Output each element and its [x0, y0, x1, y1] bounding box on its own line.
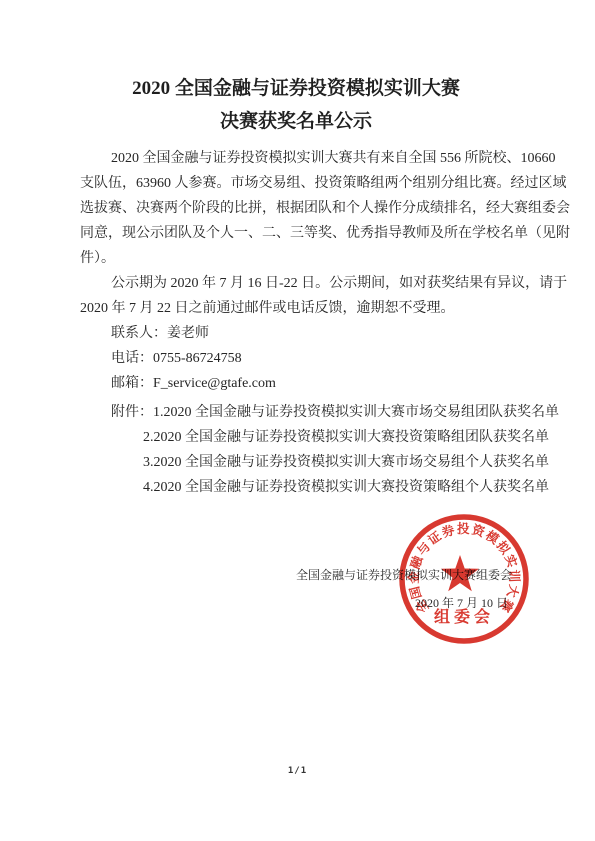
- official-seal: 全国金融与证券投资模拟实训大赛 组委会: [396, 512, 532, 648]
- paragraph-2-line: 2020 年 7 月 22 日之前通过邮件或电话反馈，逾期恕不受理。: [80, 296, 516, 321]
- title-line-2: 决赛获奖名单公示: [80, 105, 512, 138]
- attachments-label: 附件：: [111, 405, 153, 420]
- attachment-item-text: 1.2020 全国金融与证券投资模拟实训大赛市场交易组团队获奖名单: [153, 405, 559, 420]
- paragraph-2-line: 公示期为 2020 年 7 月 16 日-22 日。公示期间，如对获奖结果有异议…: [80, 271, 516, 296]
- seal-bottom-text: 组委会: [434, 607, 494, 626]
- attachment-item-1: 附件：1.2020 全国金融与证券投资模拟实训大赛市场交易组团队获奖名单: [80, 400, 516, 425]
- contact-phone-line: 电话：0755-86724758: [80, 346, 516, 371]
- paragraph-1-line: 2020 全国金融与证券投资模拟实训大赛共有来自全国 556 所院校、10660: [80, 146, 516, 171]
- attachment-item-2: 2.2020 全国金融与证券投资模拟实训大赛投资策略组团队获奖名单: [80, 425, 516, 450]
- contact-person-line: 联系人：姜老师: [80, 321, 516, 346]
- document-page: 2020 全国金融与证券投资模拟实训大赛 决赛获奖名单公示 2020 全国金融与…: [0, 0, 595, 841]
- paragraph-1-line: 选拔赛、决赛两个阶段的比拼，根据团队和个人操作分成绩排名，经大赛组委会: [80, 196, 516, 221]
- star-icon: [441, 555, 479, 591]
- document-title: 2020 全国金融与证券投资模拟实训大赛 决赛获奖名单公示: [80, 72, 512, 138]
- document-body: 2020 全国金融与证券投资模拟实训大赛共有来自全国 556 所院校、10660…: [80, 146, 516, 396]
- attachments-list: 附件：1.2020 全国金融与证券投资模拟实训大赛市场交易组团队获奖名单 2.2…: [80, 400, 516, 500]
- page-number: 1/1: [0, 766, 595, 776]
- paragraph-1-line: 同意，现公示团队及个人一、二、三等奖、优秀指导教师及所在学校名单（见附: [80, 221, 516, 246]
- paragraph-1-line: 支队伍，63960 人参赛。市场交易组、投资策略组两个组别分组比赛。经过区域: [80, 171, 516, 196]
- attachment-item-3: 3.2020 全国金融与证券投资模拟实训大赛市场交易组个人获奖名单: [80, 450, 516, 475]
- paragraph-1-line: 件）。: [80, 246, 516, 271]
- attachment-item-4: 4.2020 全国金融与证券投资模拟实训大赛投资策略组个人获奖名单: [80, 475, 516, 500]
- contact-email-line: 邮箱：F_service@gtafe.com: [80, 371, 516, 396]
- title-line-1: 2020 全国金融与证券投资模拟实训大赛: [80, 72, 512, 105]
